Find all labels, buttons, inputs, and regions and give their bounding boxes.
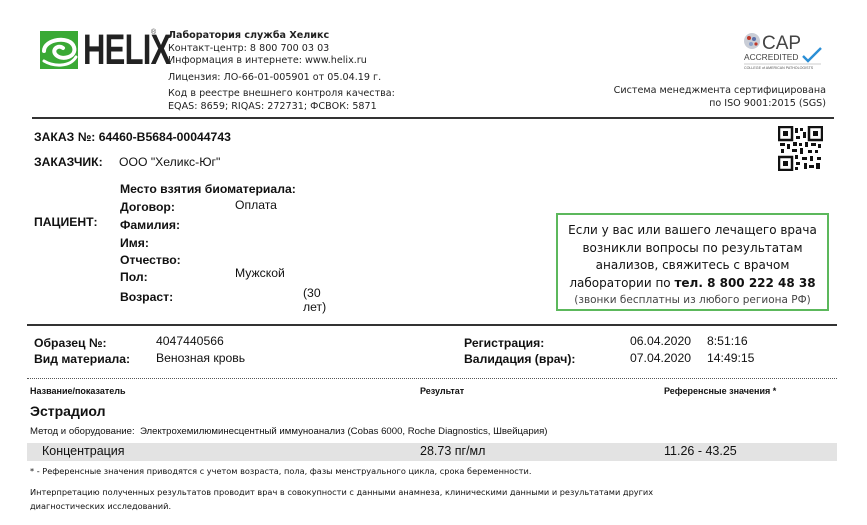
lab-phone[interactable]: тел. 8 800 222 48 38 [674, 276, 815, 290]
registered-mark: ® [151, 29, 156, 36]
svg-text:CAP: CAP [762, 33, 801, 54]
registration-date: 06.04.2020 [630, 334, 691, 348]
logo-text: HELIX [83, 25, 171, 75]
patient-field-firstname: Имя: [120, 234, 296, 251]
col-header-name: Название/показатель [30, 386, 126, 396]
method-line: Метод и оборудование: Электрохемилюминес… [30, 426, 547, 437]
doctor-contact-notice: Если у вас или вашего лечащего врача воз… [556, 213, 829, 311]
validation-label: Валидация (врач): [464, 352, 575, 366]
quality-registry-title: Код в реестре внешнего контроля качества… [168, 88, 395, 101]
svg-text:COLLEGE of AMERICAN PATHOLOGIS: COLLEGE of AMERICAN PATHOLOGISTS [744, 66, 814, 70]
validation-time: 14:49:15 [707, 351, 754, 365]
col-header-reference: Референсные значения * [664, 386, 776, 396]
header-divider [32, 117, 834, 119]
helix-logo-icon [40, 31, 78, 69]
row-name: Концентрация [42, 444, 125, 458]
registration-time: 8:51:16 [707, 334, 748, 348]
cap-accredited-badge: CAP ACCREDITED COLLEGE of AMERICAN PATHO… [741, 30, 825, 70]
patient-fields: Место взятия биоматериала: Договор: Опла… [120, 180, 296, 306]
interpretation-note: Интерпретацию полученных результатов про… [30, 485, 653, 513]
order-number: ЗАКАЗ №: 64460-B5684-00044743 [34, 130, 231, 144]
customer-label: ЗАКАЗЧИК: [34, 155, 103, 169]
website: Информация в интернете: www.helix.ru [168, 55, 395, 68]
patient-label: ПАЦИЕНТ: [34, 215, 98, 229]
row-result: 28.73 пг/мл [420, 444, 485, 458]
reference-footnote: * - Референсные значения приводятся с уч… [30, 464, 531, 478]
material-label: Вид материала: [34, 352, 130, 366]
sample-number-label: Образец №: [34, 336, 107, 350]
patient-field-location: Место взятия биоматериала: [120, 180, 296, 198]
row-reference: 11.26 - 43.25 [664, 444, 737, 458]
lab-info: Лаборатория служба Хеликс Контакт-центр:… [168, 30, 395, 113]
test-name: Эстрадиол [30, 403, 106, 419]
dotted-divider [27, 378, 837, 379]
validation-date: 07.04.2020 [630, 351, 691, 365]
customer-value: ООО "Хеликс-Юг" [119, 155, 220, 169]
patient-field-contract: Договор: Оплата [120, 198, 296, 216]
patient-field-sex: Пол: Мужской [120, 268, 296, 288]
patient-field-age: Возраст: (30 лет) [120, 288, 296, 306]
quality-registry-codes: EQAS: 8659; RIQAS: 272731; ФСВОК: 5871 [168, 101, 395, 114]
col-header-result: Результат [420, 386, 464, 396]
material-value: Венозная кровь [156, 351, 245, 365]
patient-field-lastname: Фамилия: [120, 216, 296, 234]
qr-code-icon [778, 126, 823, 171]
sample-divider [27, 324, 837, 326]
svg-text:ACCREDITED: ACCREDITED [744, 52, 798, 62]
registration-label: Регистрация: [464, 336, 544, 350]
iso-certification: Система менеджмента сертифицирована по I… [614, 84, 826, 110]
lab-name: Лаборатория служба Хеликс [168, 30, 395, 43]
sample-number: 4047440566 [156, 334, 224, 348]
contact-center: Контакт-центр: 8 800 700 03 03 [168, 43, 395, 56]
license: Лицензия: ЛО-66-01-005901 от 05.04.19 г. [168, 72, 395, 85]
